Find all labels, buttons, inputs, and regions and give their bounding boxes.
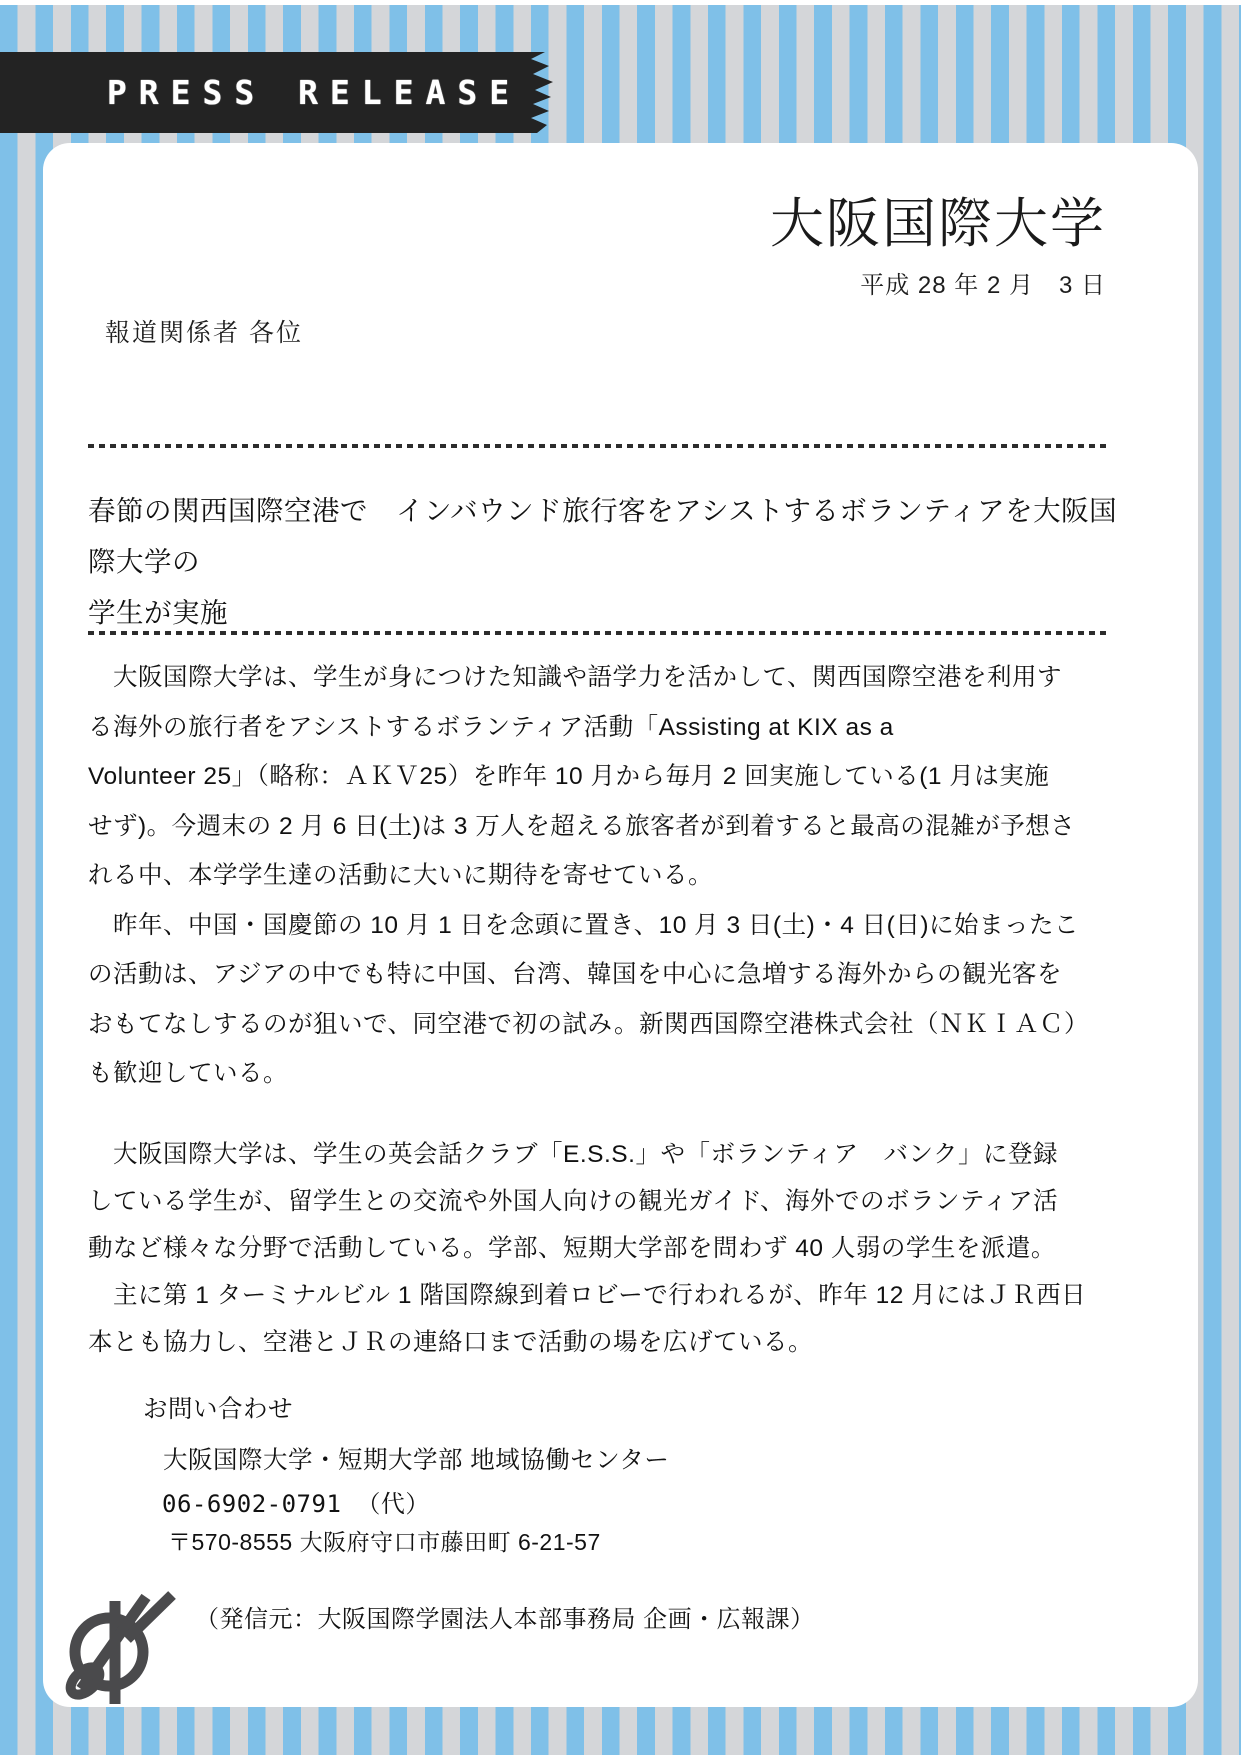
body-line: の活動は、アジアの中でも特に中国、台湾、韓国を中心に急増する海外からの観光客を (88, 950, 1118, 1000)
title-line-1: 春節の関西国際空港で インバウンド旅行客をアシストするボランティアを大阪国際大学… (88, 485, 1118, 587)
body-line: 動など様々な分野で活動している。学部、短期大学部を問わず 40 人弱の学生を派遣… (88, 1225, 1118, 1272)
recipient-line: 報道関係者 各位 (105, 313, 303, 349)
press-release-page: { "banner": { "label": "PRESS RELEASE" }… (0, 0, 1241, 1755)
body-line: 大阪国際大学は、学生の英会話クラブ「E.S.S.」や「ボランティア バンク」に登… (88, 1131, 1118, 1178)
body-line: 本とも協力し、空港とＪＲの連絡口まで活動の場を広げている。 (88, 1319, 1118, 1366)
body-paragraph-1: 大阪国際大学は、学生が身につけた知識や語学力を活かして、関西国際空港を利用す る… (88, 653, 1118, 1099)
dashed-divider-bottom (88, 631, 1106, 635)
body-line: れる中、本学学生達の活動に大いに期待を寄せている。 (88, 851, 1118, 901)
contact-phone: 06-6902-0791 （代） (162, 1484, 430, 1519)
body-line: る海外の旅行者をアシストするボランティア活動「Assisting at KIX … (88, 703, 1118, 753)
document-title: 春節の関西国際空港で インバウンド旅行客をアシストするボランティアを大阪国際大学… (88, 485, 1118, 638)
body-line: おもてなしするのが狙いで、同空港で初の試み。新関西国際空港株式会社（ＮＫＩＡＣ） (88, 1000, 1118, 1050)
dashed-divider-top (88, 444, 1106, 448)
university-logo-icon (57, 1589, 182, 1714)
body-line: せず)。今週末の 2 月 6 日(土)は 3 万人を超える旅客者が到着すると最高… (88, 802, 1118, 852)
document-date: 平成 28 年 2 月 3 日 (860, 265, 1106, 300)
press-release-banner: PRESS RELEASE (0, 52, 556, 133)
body-line: 大阪国際大学は、学生が身につけた知識や語学力を活かして、関西国際空港を利用す (88, 653, 1118, 703)
body-line: も歓迎している。 (88, 1049, 1118, 1099)
body-line: 主に第 1 ターミナルビル 1 階国際線到着ロビーで行われるが、昨年 12 月に… (88, 1272, 1118, 1319)
contact-organization: 大阪国際大学・短期大学部 地域協働センター (163, 1441, 669, 1476)
body-paragraph-2: 大阪国際大学は、学生の英会話クラブ「E.S.S.」や「ボランティア バンク」に登… (88, 1131, 1118, 1366)
body-line: している学生が、留学生との交流や外国人向けの観光ガイド、海外でのボランティア活 (88, 1178, 1118, 1225)
sender-line: （発信元：大阪国際学園法人本部事務局 企画・広報課） (195, 1599, 815, 1634)
contact-heading: お問い合わせ (143, 1390, 293, 1425)
body-line: Volunteer 25」（略称：ＡＫＶ25）を昨年 10 月から毎月 2 回実… (88, 752, 1118, 802)
body-line: 昨年、中国・国慶節の 10 月 1 日を念頭に置き、10 月 3 日(土)・4 … (88, 901, 1118, 951)
university-name: 大阪国際大学 (770, 181, 1106, 258)
document-card: 大阪国際大学 平成 28 年 2 月 3 日 報道関係者 各位 春節の関西国際空… (43, 143, 1198, 1707)
contact-address: 〒570-8555 大阪府守口市藤田町 6-21-57 (168, 1524, 601, 1557)
press-release-label: PRESS RELEASE (35, 73, 521, 112)
